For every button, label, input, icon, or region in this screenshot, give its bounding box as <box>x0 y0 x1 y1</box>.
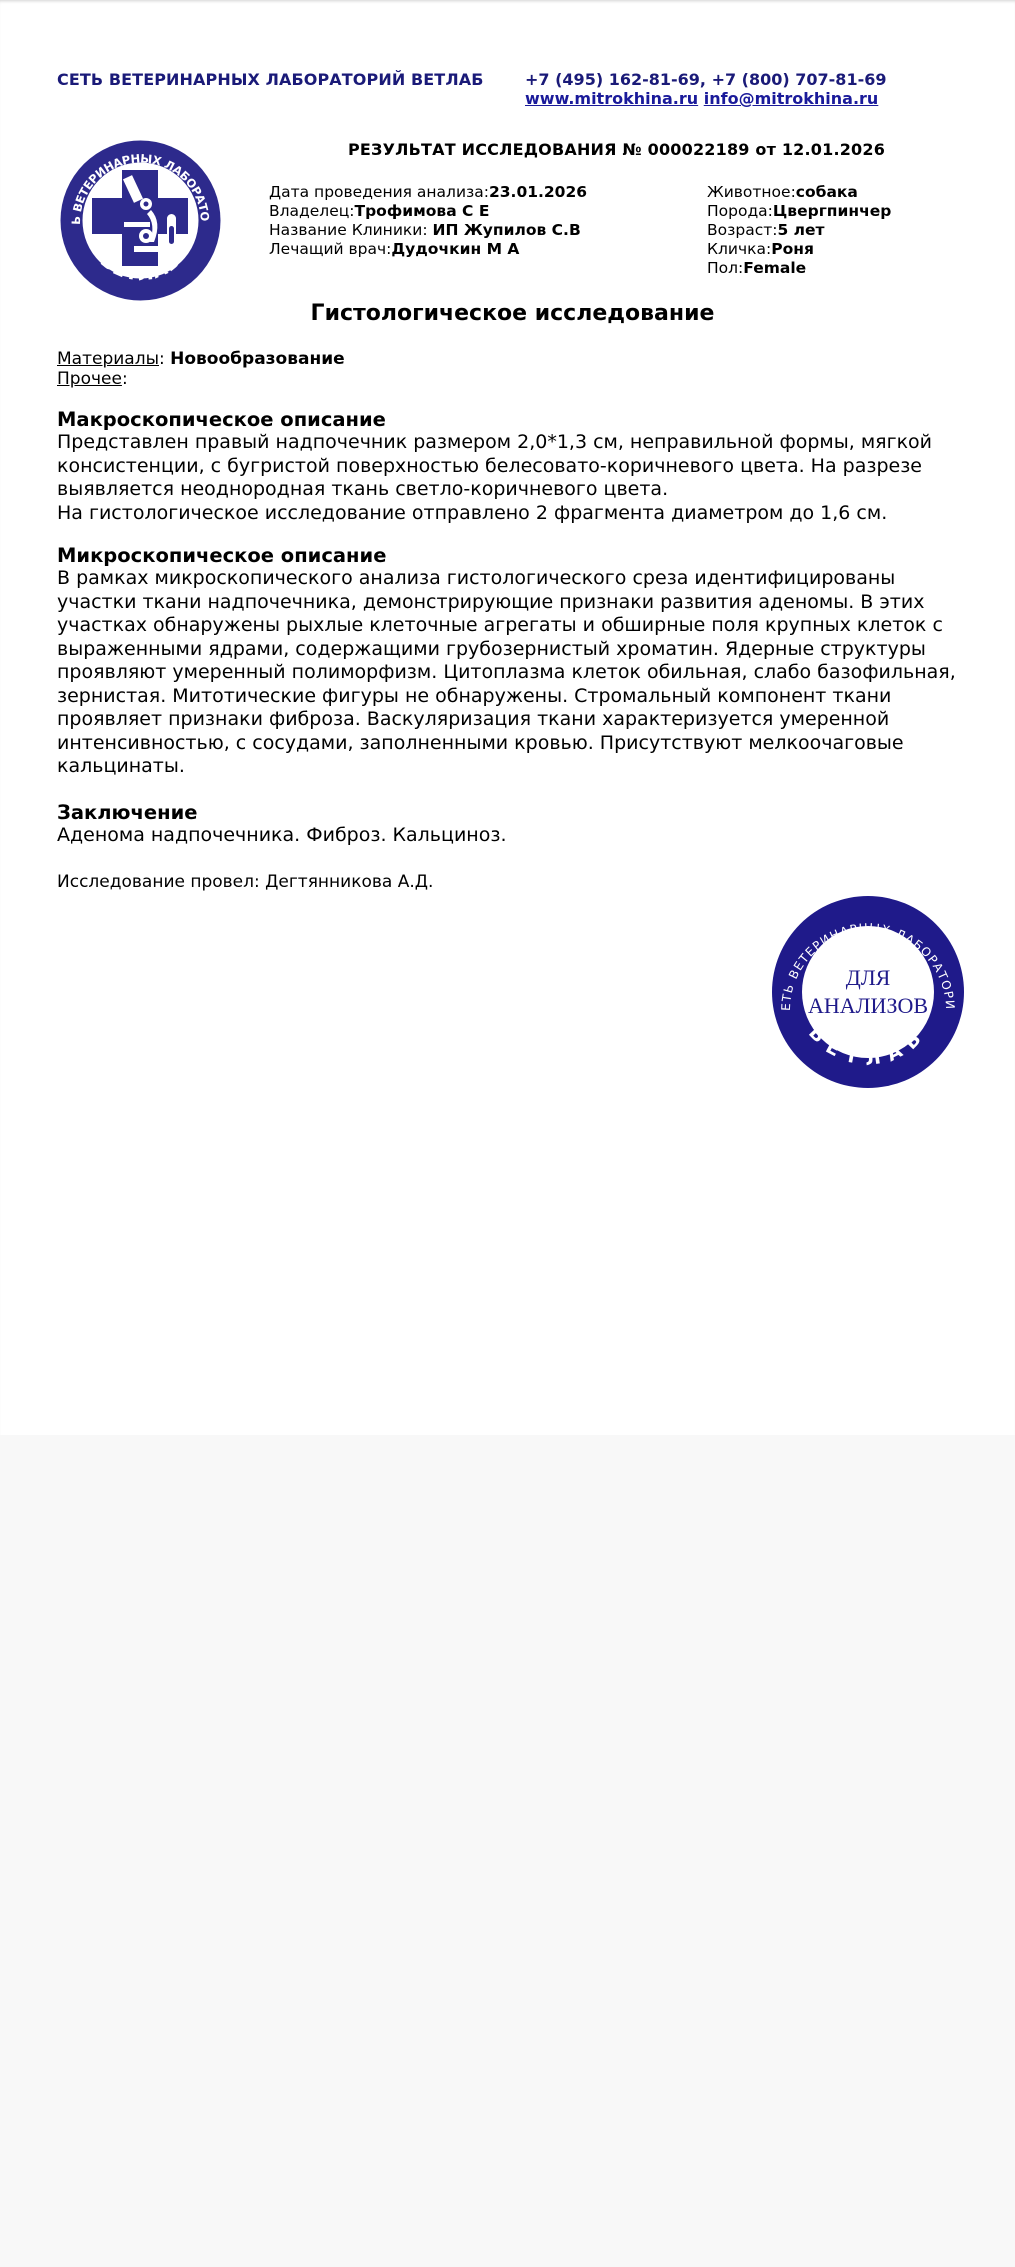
lab-stamp: СЕТЬ ВЕТЕРИНАРНЫХ ЛАБОРАТОРИЙ ВЕТЛАБ ДЛЯ… <box>768 895 968 1090</box>
info-left-column: Дата проведения анализа:23.01.2026 Владе… <box>269 183 587 259</box>
clinic-name: ИП Жупилов С.В <box>432 221 580 239</box>
animal-row: Животное:собака <box>707 183 891 202</box>
macroscopic-text: Представлен правый надпочечник размером … <box>57 431 977 502</box>
pet-name-row: Кличка:Роня <box>707 240 891 259</box>
phone-numbers: +7 (495) 162-81-69, +7 (800) 707-81-69 <box>525 70 886 89</box>
email-link[interactable]: info@mitrokhina.ru <box>704 89 879 108</box>
stamp-center-line2: АНАЛИЗОВ <box>808 993 928 1018</box>
conclusion-text: Аденома надпочечника. Фиброз. Кальциноз. <box>57 824 977 848</box>
website-link[interactable]: www.mitrokhina.ru <box>525 89 698 108</box>
microscopic-heading: Микроскопическое описание <box>57 544 977 567</box>
other-label: Прочее <box>57 369 122 389</box>
doctor-row: Лечащий врач:Дудочкин М А <box>269 240 587 259</box>
macroscopic-heading: Макроскопическое описание <box>57 408 977 431</box>
age: 5 лет <box>777 221 824 239</box>
pet-name: Роня <box>771 240 814 258</box>
materials-label: Материалы <box>57 349 159 369</box>
signer: Исследование провел: Дегтянникова А.Д. <box>57 872 433 892</box>
info-right-column: Животное:собака Порода:Цвергпинчер Возра… <box>707 183 891 278</box>
breed: Цвергпинчер <box>773 202 891 220</box>
document-page: СЕТЬ ВЕТЕРИНАРНЫХ ЛАБОРАТОРИЙ ВЕТЛАБ +7 … <box>0 0 1015 1435</box>
conclusion-heading: Заключение <box>57 801 977 824</box>
conclusion-section: Заключение Аденома надпочечника. Фиброз.… <box>57 801 977 848</box>
owner-row: Владелец:Трофимова С Е <box>269 202 587 221</box>
materials-value: Новообразование <box>170 349 345 369</box>
macroscopic-text-2: На гистологическое исследование отправле… <box>57 502 977 526</box>
sex: Female <box>743 259 806 277</box>
animal-type: собака <box>796 183 858 201</box>
macroscopic-section: Макроскопическое описание Представлен пр… <box>57 408 977 525</box>
sex-row: Пол:Female <box>707 259 891 278</box>
breed-row: Порода:Цвергпинчер <box>707 202 891 221</box>
document-title: Гистологическое исследование <box>0 301 1015 326</box>
vetlab-logo: СЕТЬ ВЕТЕРИНАРНЫХ ЛАБОРАТОРИЙ ВЕТЛАБ <box>58 138 223 303</box>
doctor-name: Дудочкин М А <box>391 240 519 258</box>
result-title: РЕЗУЛЬТАТ ИССЛЕДОВАНИЯ № 000022189 от 12… <box>348 140 885 159</box>
microscopic-section: Микроскопическое описание В рамках микро… <box>57 544 977 779</box>
materials-block: Материалы: Новообразование Прочее: <box>57 349 345 389</box>
clinic-row: Название Клиники: ИП Жупилов С.В <box>269 221 587 240</box>
network-name: СЕТЬ ВЕТЕРИНАРНЫХ ЛАБОРАТОРИЙ ВЕТЛАБ <box>57 70 484 89</box>
contacts-block: +7 (495) 162-81-69, +7 (800) 707-81-69 w… <box>525 70 886 108</box>
owner-name: Трофимова С Е <box>355 202 490 220</box>
age-row: Возраст:5 лет <box>707 221 891 240</box>
analysis-date: 23.01.2026 <box>489 183 587 201</box>
stamp-center-line1: ДЛЯ <box>846 965 891 990</box>
microscopic-text: В рамках микроскопического анализа гисто… <box>57 567 977 779</box>
analysis-date-row: Дата проведения анализа:23.01.2026 <box>269 183 587 202</box>
